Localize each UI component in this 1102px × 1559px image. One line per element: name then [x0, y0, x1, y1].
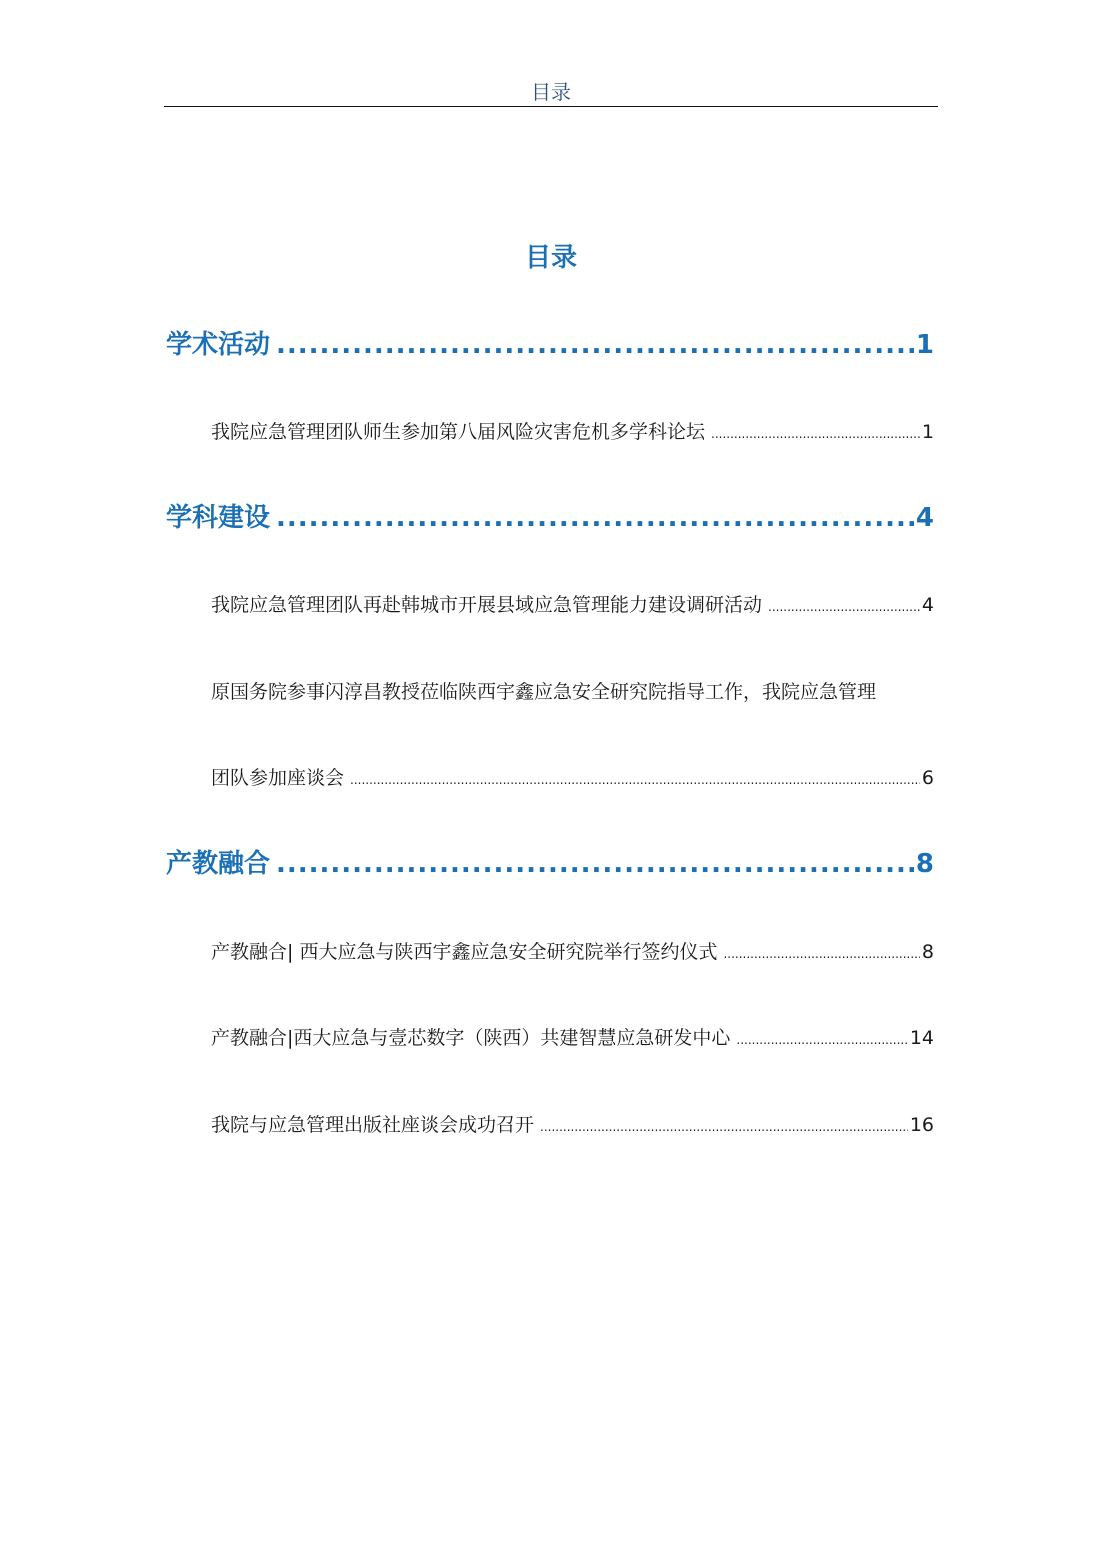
dot-leader [540, 1113, 908, 1141]
dot-leader [768, 593, 920, 621]
toc-page-number: 4 [922, 591, 934, 619]
toc-page-number: 16 [910, 1111, 934, 1139]
toc-entry-first-line[interactable]: 原国务院参事闪淳昌教授莅临陕西宇鑫应急安全研究院指导工作，我院应急管理 [211, 678, 876, 706]
toc-page-number: 1 [916, 327, 934, 363]
toc-entry-label: 产教融合| 西大应急与陕西宇鑫应急安全研究院举行签约仪式 [211, 938, 717, 966]
toc-entry[interactable]: 团队参加座谈会 6 [211, 764, 934, 794]
dot-leader [350, 766, 920, 794]
toc-section-label: 产教融合 [166, 846, 270, 882]
toc-page-number: 14 [910, 1024, 934, 1052]
toc-section-label: 学科建设 [166, 500, 270, 536]
toc-entry[interactable]: 我院与应急管理出版社座谈会成功召开 16 [211, 1111, 934, 1141]
toc-section-industry-education[interactable]: 产教融合 8 [166, 846, 934, 882]
toc-entry-label: 我院与应急管理出版社座谈会成功召开 [211, 1111, 534, 1139]
toc-entry[interactable]: 我院应急管理团队师生参加第八届风险灾害危机多学科论坛 1 [211, 418, 934, 448]
toc-entry[interactable]: 产教融合| 西大应急与陕西宇鑫应急安全研究院举行签约仪式 8 [211, 938, 934, 968]
toc-entry-label: 我院应急管理团队再赴韩城市开展县域应急管理能力建设调研活动 [211, 591, 762, 619]
toc-page-number: 1 [922, 418, 934, 446]
toc-entry[interactable]: 我院应急管理团队再赴韩城市开展县域应急管理能力建设调研活动 4 [211, 591, 934, 621]
toc-page-number: 8 [916, 846, 934, 882]
dot-leader [723, 940, 919, 968]
toc-title: 目录 [164, 240, 938, 276]
dot-leader [276, 327, 914, 363]
toc-section-academic-activities[interactable]: 学术活动 1 [166, 327, 934, 363]
toc-section-label: 学术活动 [166, 327, 270, 363]
toc-page-number: 6 [922, 764, 934, 792]
toc-entry-label: 团队参加座谈会 [211, 764, 344, 792]
toc-entry[interactable]: 产教融合|西大应急与壹芯数字（陕西）共建智慧应急研发中心 14 [211, 1024, 934, 1054]
header-divider [164, 106, 938, 107]
toc-entry-label: 我院应急管理团队师生参加第八届风险灾害危机多学科论坛 [211, 418, 705, 446]
dot-leader [736, 1026, 907, 1054]
dot-leader [276, 500, 914, 536]
toc-page-number: 4 [916, 500, 934, 536]
toc-page-number: 8 [922, 938, 934, 966]
dot-leader [276, 846, 914, 882]
toc-section-discipline-construction[interactable]: 学科建设 4 [166, 500, 934, 536]
dot-leader [711, 420, 920, 448]
header-title: 目录 [164, 78, 938, 106]
toc-entry-label: 产教融合|西大应急与壹芯数字（陕西）共建智慧应急研发中心 [211, 1024, 730, 1052]
